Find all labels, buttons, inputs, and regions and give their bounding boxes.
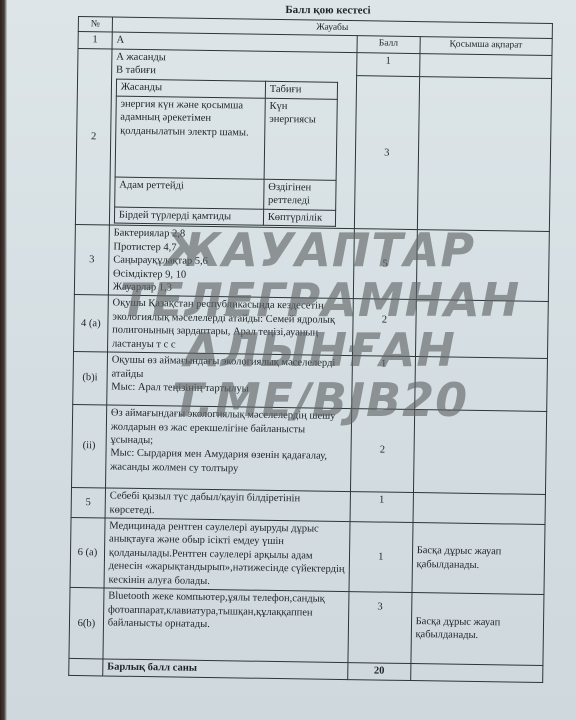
row-score: 1 (349, 522, 413, 593)
row-number: 5 (71, 488, 105, 518)
row-extra (415, 300, 548, 359)
answer-line: Оқушы өз аймағындағы экологиялық мәселел… (111, 354, 348, 384)
row-extra (416, 230, 549, 302)
inner-cell: Адам реттейді (115, 177, 264, 209)
row-answer: Оқушы Қазақстан республикасында кездесет… (107, 295, 353, 355)
photo-edge (0, 0, 7, 720)
header-number: № (78, 17, 112, 33)
row-score: 1 (350, 492, 413, 523)
total-number (69, 659, 103, 676)
answer-line: Жауарлар 1,3 (113, 281, 349, 298)
total-score: 20 (348, 663, 411, 680)
table-row: 4 (a) Оқушы Қазақстан республикасында ке… (74, 295, 549, 359)
header-score: Балл (357, 36, 420, 53)
row-number: 4 (a) (74, 295, 109, 352)
row-extra: Басқа дұрыс жауап қабылданады. (412, 523, 545, 595)
row-extra: Басқа дұрыс жауап қабылданады. (411, 593, 544, 666)
row-score: 2 (353, 299, 416, 357)
row-number: 2 (75, 48, 111, 225)
row-extra (419, 53, 552, 79)
row-answer: Бактериялар 2,8 Протистер 4,7 Саңырауқұл… (108, 225, 354, 299)
header-extra-info: Қосымша ақпарат (420, 37, 553, 55)
row-answer: Bluetooth жеке компьютер,ұялы телефон,са… (103, 588, 349, 663)
table-row: 6 (a) Медицинада рентген сәулелері ауыру… (70, 517, 545, 594)
inner-cell: Өздігінен реттеледі (263, 179, 335, 210)
row-score: 3 (348, 592, 412, 664)
scoring-table-container: № Жауабы 1 A Балл Қосымша ақпарат 2 А жа… (68, 16, 553, 683)
row-answer: Өз аймағындағы экологиялық мәселелердің … (105, 405, 351, 492)
row-number: (ii) (72, 405, 107, 488)
row-answer: Медицинада рентген сәулелері ауыруды дұр… (104, 518, 350, 592)
row-number: 1 (78, 32, 112, 49)
answer-line: Өз аймағындағы экологиялық мәселелердің … (110, 407, 347, 451)
answer-line: Мыс: Арал теңізінің тартылуы (111, 381, 347, 398)
row-extra (413, 493, 546, 525)
row-answer: А жасанды В табиғи Жасанды Табиғи энерги… (109, 49, 357, 229)
row-score: 1 (357, 52, 420, 77)
scoring-table: № Жауабы 1 A Балл Қосымша ақпарат 2 А жа… (68, 16, 553, 683)
row-extra (414, 357, 547, 412)
inner-cell: Бірдей түрлерді қамтиды (114, 207, 263, 226)
row-number: (b)i (73, 352, 108, 405)
row-number: 6 (a) (70, 517, 105, 588)
row-score: 1 (352, 356, 415, 410)
row-answer: Оқушы өз аймағындағы экологиялық мәселел… (107, 352, 353, 409)
answer-line: В табиғи (116, 64, 352, 81)
row-number: 3 (74, 225, 109, 296)
inner-header: Табиғи (265, 82, 337, 100)
table-row: 3 Бактериялар 2,8 Протистер 4,7 Саңырауқ… (74, 225, 549, 302)
table-row: 6(b) Bluetooth жеке компьютер,ұялы телеф… (69, 588, 544, 666)
total-extra (410, 664, 543, 682)
row-score: 3 (354, 76, 419, 230)
table-row: (b)i Оқушы өз аймағындағы экологиялық мә… (73, 352, 548, 412)
table-row: (ii) Өз аймағындағы экологиялық мәселеле… (72, 405, 547, 495)
row-answer: Себебі қызыл түс дабыл/қауіп білдіретіні… (105, 488, 351, 522)
total-label: Барлық балл саны (103, 659, 348, 679)
inner-cell: энергия күн және қосымша адамның әрекеті… (115, 96, 265, 179)
row-extra (417, 77, 552, 232)
answer-line: Мыс: Сырдария мен Амудария өзенін қадаға… (110, 447, 347, 477)
inner-cell: Көптүрлілік (263, 209, 335, 227)
row-score: 5 (353, 229, 417, 300)
row-number: 6(b) (69, 588, 104, 659)
comparison-inner-table: Жасанды Табиғи энергия күн және қосымша … (114, 79, 338, 227)
row-score: 2 (351, 409, 415, 493)
row-extra (413, 410, 547, 495)
inner-cell: Күн энергиясы (264, 98, 337, 180)
